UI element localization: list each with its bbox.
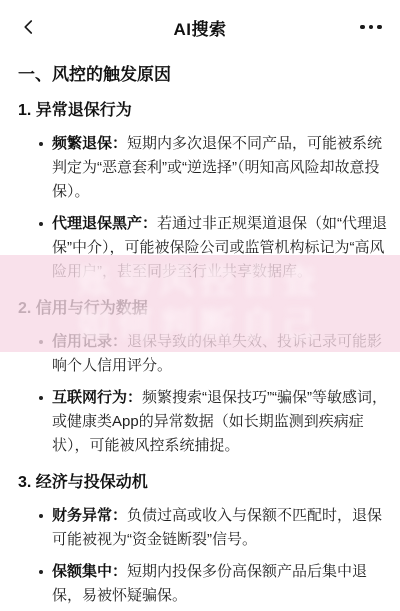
bullet-list-1: 频繁退保：短期内多次退保不同产品，可能被系统判定为“恶意套利”或“逆选择”（明知… xyxy=(18,132,388,284)
bullet-dot xyxy=(39,142,43,146)
bullet-label: 保额集中 xyxy=(52,563,112,580)
search-result-content: 一、风控的触发原因 1. 异常退保行为 频繁退保：短期内多次退保不同产品，可能被… xyxy=(0,64,400,608)
bullet-separator: ： xyxy=(112,135,127,152)
bullet-label: 互联网行为 xyxy=(52,389,127,406)
page-title: AI搜索 xyxy=(174,15,227,40)
bullet-separator: ： xyxy=(112,507,127,524)
bullet-separator: ： xyxy=(112,563,127,580)
bullet-list-2: 信用记录：退保导致的保单失效、投诉记录可能影响个人信用评分。 互联网行为：频繁搜… xyxy=(18,330,388,458)
bullet-label: 代理退保黑产 xyxy=(52,215,142,232)
list-item: 财务异常：负债过高或收入与保额不匹配时，退保可能被视为“资金链断裂”信号。 xyxy=(38,504,388,552)
bullet-label: 信用记录 xyxy=(52,333,112,350)
bullet-dot xyxy=(39,570,43,574)
subsection-title-1: 1. 异常退保行为 xyxy=(18,100,388,121)
back-button[interactable] xyxy=(14,12,44,42)
bullet-dot xyxy=(39,222,43,226)
bullet-dot xyxy=(39,396,43,400)
bullet-list-3: 财务异常：负债过高或收入与保额不匹配时，退保可能被视为“资金链断裂”信号。 保额… xyxy=(18,504,388,608)
list-item: 信用记录：退保导致的保单失效、投诉记录可能影响个人信用评分。 xyxy=(38,330,388,378)
list-item: 保额集中：短期内投保多份高保额产品后集中退保，易被怀疑骗保。 xyxy=(38,560,388,608)
bullet-separator: ： xyxy=(112,333,127,350)
header: AI搜索 xyxy=(0,0,400,50)
bullet-separator: ： xyxy=(142,215,157,232)
section-title: 一、风控的触发原因 xyxy=(18,64,388,86)
bullet-separator: ： xyxy=(127,389,142,406)
list-item: 互联网行为：频繁搜索“退保技巧”“骗保”等敏感词，或健康类App的异常数据（如长… xyxy=(38,386,388,458)
bullet-label: 频繁退保 xyxy=(52,135,112,152)
ai-search-page: AI搜索 一、风控的触发原因 1. 异常退保行为 频繁退保：短期内多次退保不同产… xyxy=(0,0,400,611)
ellipsis-icon xyxy=(360,25,382,30)
bullet-dot xyxy=(39,514,43,518)
bullet-label: 财务异常 xyxy=(52,507,112,524)
more-button[interactable] xyxy=(356,12,386,42)
chevron-left-icon xyxy=(20,18,38,36)
subsection-title-2: 2. 信用与行为数据 xyxy=(18,298,388,319)
list-item: 频繁退保：短期内多次退保不同产品，可能被系统判定为“恶意套利”或“逆选择”（明知… xyxy=(38,132,388,204)
bullet-dot xyxy=(39,340,43,344)
subsection-title-3: 3. 经济与投保动机 xyxy=(18,472,388,493)
list-item: 代理退保黑产：若通过非正规渠道退保（如“代理退保”中介），可能被保险公司或监管机… xyxy=(38,212,388,284)
